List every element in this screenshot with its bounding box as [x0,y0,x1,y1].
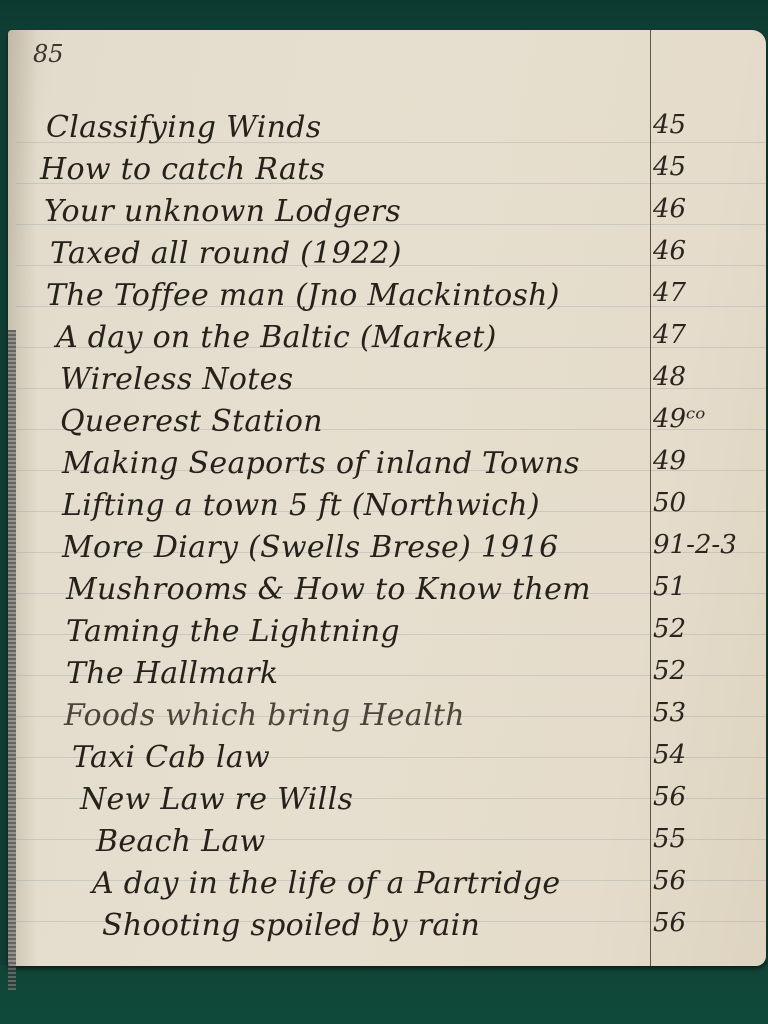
entry-page: 52 [653,656,686,686]
entry-title: Wireless Notes [60,362,293,397]
entry-page: 55 [653,824,686,854]
index-entry: Classifying Winds 45 [8,110,766,150]
page-number: 85 [33,40,64,68]
entry-page: 52 [653,614,686,644]
entry-title: Your unknown Lodgers [44,194,401,229]
entry-page: 53 [653,698,686,728]
entry-page: 46 [653,194,686,224]
index-entry: New Law re Wills 56 [8,782,766,822]
entry-page: 51 [653,572,686,602]
index-entry: Shooting spoiled by rain 56 [8,908,766,948]
index-entry: Your unknown Lodgers 46 [8,194,766,234]
index-entry: The Hallmark 52 [8,656,766,696]
index-entry: Foods which bring Health 53 [8,698,766,738]
entry-page: 47 [653,320,686,350]
entry-title: Foods which bring Health [64,698,465,733]
index-entry: A day in the life of a Partridge 56 [8,866,766,906]
entry-title: Mushrooms & How to Know them [66,572,591,607]
entry-page: 91-2-3 [653,530,737,560]
index-entry: Taming the Lightning 52 [8,614,766,654]
entry-title: A day on the Baltic (Market) [56,320,497,355]
entry-title: New Law re Wills [80,782,353,817]
table-surface-bottom [0,965,768,1024]
index-entry: Lifting a town 5 ft (Northwich) 50 [8,488,766,528]
entry-page: 50 [653,488,686,518]
entry-page: 56 [653,782,686,812]
entry-page: 45 [653,110,686,140]
entry-title: Taxed all round (1922) [50,236,402,271]
entry-page: 47 [653,278,686,308]
index-entry: How to catch Rats 45 [8,152,766,192]
entry-title: The Toffee man (Jno Mackintosh) [46,278,560,313]
index-entry: A day on the Baltic (Market) 47 [8,320,766,360]
index-entry: The Toffee man (Jno Mackintosh) 47 [8,278,766,318]
entry-title: The Hallmark [66,656,278,691]
index-entry: More Diary (Swells Brese) 1916 91-2-3 [8,530,766,570]
index-entry: Mushrooms & How to Know them 51 [8,572,766,612]
entry-title: Beach Law [96,824,266,859]
entry-title: Lifting a town 5 ft (Northwich) [62,488,540,523]
index-entry: Queerest Station 49ᶜᵒ [8,404,766,444]
index-entry: Taxi Cab law 54 [8,740,766,780]
entry-title: Classifying Winds [46,110,321,145]
notebook-page: 85 Classifying Winds 45 How to catch Rat… [8,30,766,966]
index-entry: Making Seaports of inland Towns 49 [8,446,766,486]
entry-page: 46 [653,236,686,266]
entry-page: 49 [653,446,686,476]
index-entry: Wireless Notes 48 [8,362,766,402]
entry-page: 48 [653,362,686,392]
entry-title: How to catch Rats [40,152,325,187]
entry-title: More Diary (Swells Brese) 1916 [62,530,558,565]
entry-title: Queerest Station [60,404,323,439]
entry-page: 45 [653,152,686,182]
entry-title: Taxi Cab law [72,740,270,775]
entry-title: Shooting spoiled by rain [102,908,480,943]
index-entry: Beach Law 55 [8,824,766,864]
index-entry: Taxed all round (1922) 46 [8,236,766,276]
entry-title: Taming the Lightning [66,614,400,649]
entry-page: 56 [653,866,686,896]
entry-page: 56 [653,908,686,938]
entry-title: Making Seaports of inland Towns [62,446,580,481]
entry-page: 49ᶜᵒ [653,404,705,434]
entry-page: 54 [653,740,686,770]
entry-title: A day in the life of a Partridge [92,866,560,901]
